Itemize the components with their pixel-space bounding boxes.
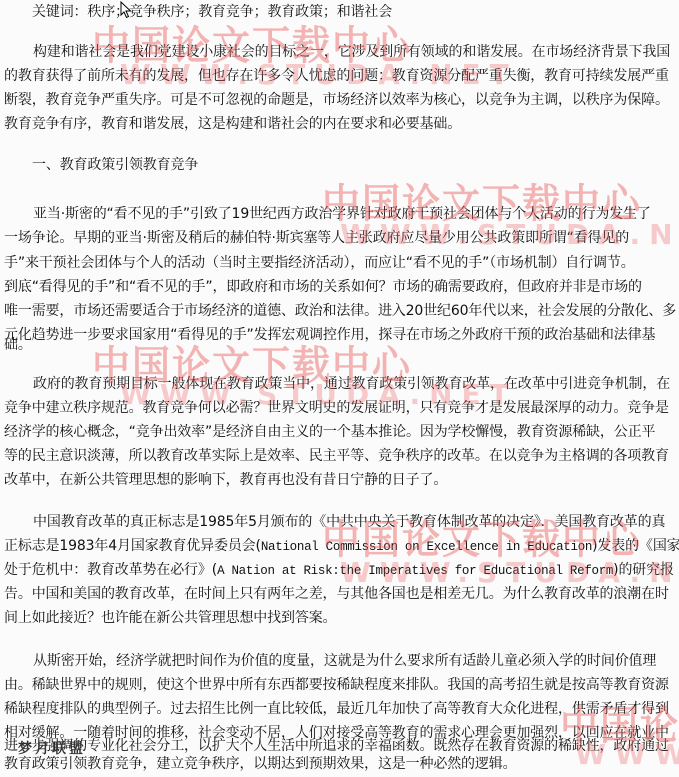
- p3-line-4: 等的民主意识淡薄，所以教育改革实际上是效率、民主平等、竞争秩序的改革。在以竞争为…: [4, 444, 669, 468]
- p1-line-4: 教育竞争有序，教育和谐发展，这是构建和谐社会的内在要求和必要基础。: [4, 112, 461, 136]
- p2-line-5: 唯一需要，市场还需要适合于市场经济的道德、政治和法律。进入20世纪60年代以来，…: [4, 299, 676, 323]
- p3-line-1: 政府的教育预期目标一般体现在教育政策当中，通过教育政策引领教育改革，在改革中引进…: [4, 372, 670, 396]
- p4-line-3-pre: 处于危机中：教育改革势在必行》(: [4, 562, 217, 578]
- p2-line-3: 手”来干预社会团体与个人的活动（当时主要指经济活动），而应让“看不见的手”（市场…: [4, 251, 635, 275]
- p4-line-1: 中国教育改革的真正标志是1985年5月颁布的《中共中央关于教育体制改革的决定》．…: [4, 510, 665, 534]
- p3-line-2: 竞争中建立秩序规范。教育竞争何以必需？世界文明史的发展证明，只有竞争才是发展最深…: [4, 396, 669, 420]
- p2-line-2: 一场争论。早期的亚当·斯密及稍后的赫伯特·斯宾塞等人主张政府应尽量少用公共政策即…: [4, 226, 629, 250]
- p5-line-2: 由。稀缺世界中的规则，使这个世界中所有东西都要按稀缺程度来排队。我国的高考招生就…: [4, 673, 669, 697]
- p4-line-3-english: A Nation at Risk:the Imperatives for Edu…: [217, 564, 613, 578]
- p4-line-2-post: )发表的《国家: [592, 538, 679, 554]
- p5-line-3: 稀缺程度排队的典型例子。过去招生比例一直比较低，最近几年加快了高等教育大众化进程…: [4, 697, 669, 721]
- section-heading: 一、教育政策引领教育竞争: [32, 153, 198, 177]
- p5-line-1: 从斯密开始，经济学就把时间作为价值的度量，这就是为什么要求所有适龄儿童必须入学的…: [4, 649, 656, 673]
- p1-line-2: 的教育获得了前所未有的发展，但也存在许多令人忧虑的问题：教育资源分配严重失衡，教…: [4, 64, 669, 88]
- overlay-logo-text: 梦月联盟: [18, 738, 86, 758]
- p1-line-1: 构建和谐社会是我们党建设小康社会的目标之一，它涉及到所有领域的和谐发展。在市场经…: [4, 40, 670, 64]
- p4-line-4: 告。中国和美国的教育改革，在时间上只有两年之差，与其他各国也是相差无几。为什么教…: [4, 582, 669, 606]
- p1-line-3: 断裂，教育竞争严重失序。可是不可忽视的命题是，市场经济以效率为核心，以竞争为主调…: [4, 88, 669, 112]
- p4-line-5: 间上如此接近？也许能在新公共管理思想中找到答案。: [4, 606, 336, 630]
- p4-line-3: 处于危机中：教育改革势在必行》(A Nation at Risk:the Imp…: [4, 558, 674, 583]
- p4-line-2-english: National Commission on Excellence in Edu…: [261, 540, 592, 554]
- p2-line-1: 亚当·斯密的“看不见的手”引致了19世纪西方政治学界针对政府干预社会团体与个人活…: [4, 202, 651, 226]
- p2-line-6: 元化趋势进一步要求国家用“看得见的手”发挥宏观调控作用，探寻在市场之外政府干预的…: [4, 323, 655, 347]
- p3-line-5: 改革中，在新公共管理思想的影响下，教育再也没有昔日宁静的日子了。: [4, 468, 447, 492]
- p4-line-2-pre: 正标志是1983年4月国家教育优异委员会(: [4, 538, 261, 554]
- p4-line-2: 正标志是1983年4月国家教育优异委员会(National Commission…: [4, 534, 679, 559]
- p4-line-3-post: )的研究报: [613, 562, 674, 578]
- p2-line-7-text: 础。: [4, 333, 32, 357]
- p2-line-4: 到底“看得见的手”和“看不见的手”，即政府和市场的关系如何？市场的确需要政府，但…: [4, 275, 642, 299]
- keywords-line: 关键词：秩序；竞争秩序；教育竞争；教育政策；和谐社会: [32, 0, 392, 24]
- p3-line-3: 经济学的核心概念，“竞争出效率”是经济自由主义的一个基本推论。因为学校懈慢，教育…: [4, 420, 655, 444]
